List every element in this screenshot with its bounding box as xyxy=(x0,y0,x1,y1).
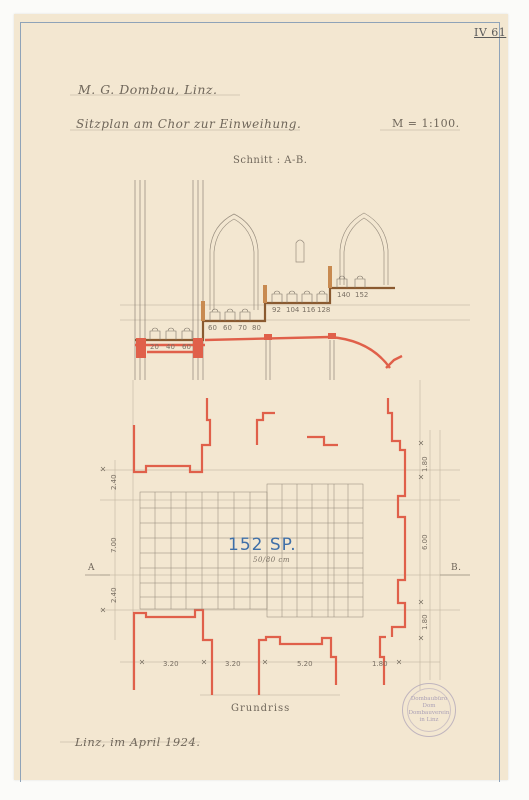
step-dim: 40 xyxy=(166,343,175,351)
marker-b: B. xyxy=(451,563,461,573)
plan-dim-bottom: 3.20 xyxy=(225,660,241,668)
step-dim: 60 xyxy=(223,324,232,332)
plan-dim-right: 1.80 xyxy=(421,614,429,630)
seat-count: 152 SP. xyxy=(228,535,297,555)
plan-dim-bottom: 3.20 xyxy=(163,660,179,668)
sheet-number: IV 61 xyxy=(474,26,506,39)
archive-stamp: Dombaubüro Dom Dombauverein in Linz xyxy=(402,683,456,737)
plan-dim-right: 1.80 xyxy=(421,456,429,472)
plan-dim-bottom: 1.80 xyxy=(372,660,388,668)
section-floor-red xyxy=(135,337,402,368)
place-date: Linz, im April 1924. xyxy=(75,735,200,749)
seat-size: 50/80 cm xyxy=(253,556,290,564)
step-dim: 70 xyxy=(238,324,247,332)
marker-a: A xyxy=(88,563,95,573)
step-dim: 104 xyxy=(286,306,299,314)
step-dim: 140 xyxy=(337,291,350,299)
stamp-line: Dombauverein xyxy=(409,710,450,717)
step-dim: 60 xyxy=(208,324,217,332)
office-heading: M. G. Dombau, Linz. xyxy=(78,82,218,97)
stamp-line: Dom xyxy=(423,703,436,710)
step-dim: 152 xyxy=(355,291,368,299)
drawing-title: Sitzplan am Chor zur Einweihung. xyxy=(76,117,301,131)
stamp-line: Dombaubüro xyxy=(411,696,447,703)
step-dim: 128 xyxy=(317,306,330,314)
plan-dim-left: 2.40 xyxy=(110,587,118,603)
section-label: Schnitt : A-B. xyxy=(233,155,307,166)
plan-label: Grundriss xyxy=(231,703,290,714)
plan-dim-left: 2.40 xyxy=(110,474,118,490)
step-dim: 116 xyxy=(302,306,315,314)
step-dim: 20 xyxy=(150,343,159,351)
step-dim: 92 xyxy=(272,306,281,314)
construction-lines xyxy=(60,95,470,742)
section-columns xyxy=(135,180,334,380)
plan-dim-bottom: 5.20 xyxy=(297,660,313,668)
step-dim: 80 xyxy=(252,324,261,332)
scale-label: M = 1:100. xyxy=(392,117,460,130)
plan-dim-left: 7.00 xyxy=(110,537,118,553)
plan-dim-right: 6.00 xyxy=(421,534,429,550)
step-dim: 60 xyxy=(182,343,191,351)
stamp-line: in Linz xyxy=(420,717,439,724)
